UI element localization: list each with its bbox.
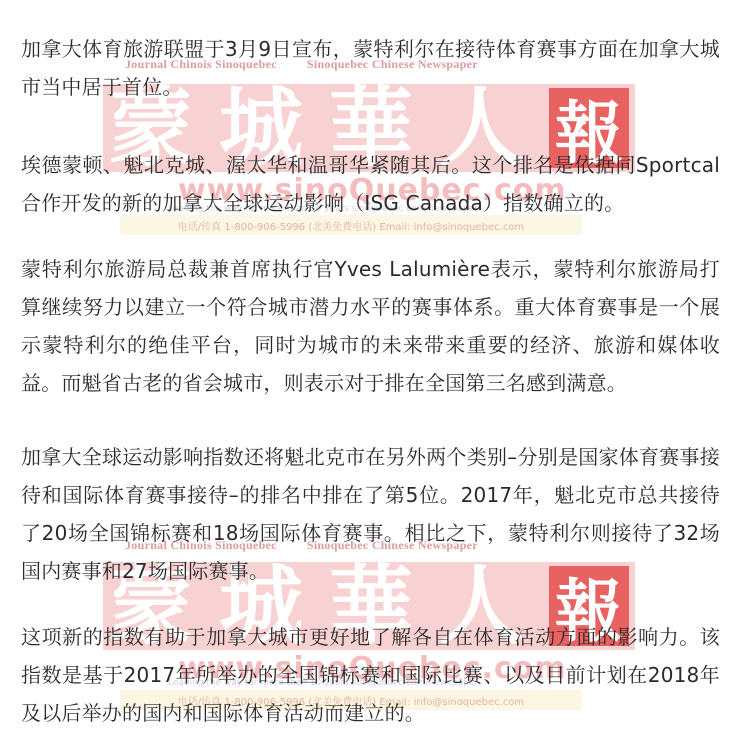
paragraph-tourism-bureau-quote: 蒙特利尔旅游局总裁兼首席执行官Yves Lalumière表示，蒙特利尔旅游局打…: [21, 250, 720, 402]
article-body: 加拿大体育旅游联盟于3月9日宣布，蒙特利尔在接待体育赛事方面在加拿大城市当中居于…: [0, 0, 739, 750]
paragraph-index-purpose: 这项新的指数有助于加拿大城市更好地了解各自在体育活动方面的影响力。该指数是基于2…: [21, 618, 720, 732]
newspaper-article-page: Journal Chinois Sinoquebec Sinoquebec Ch…: [0, 0, 739, 750]
paragraph-quebec-city-stats: 加拿大全球运动影响指数还将魁北克市在另外两个类别–分别是国家体育赛事接待和国际体…: [21, 438, 720, 590]
paragraph-ranking-announcement: 加拿大体育旅游联盟于3月9日宣布，蒙特利尔在接待体育赛事方面在加拿大城市当中居于…: [21, 30, 720, 106]
paragraph-runner-up-cities: 埃德蒙顿、魁北克城、渥太华和温哥华紧随其后。这个排名是依据同Sportcal合作…: [21, 146, 720, 222]
